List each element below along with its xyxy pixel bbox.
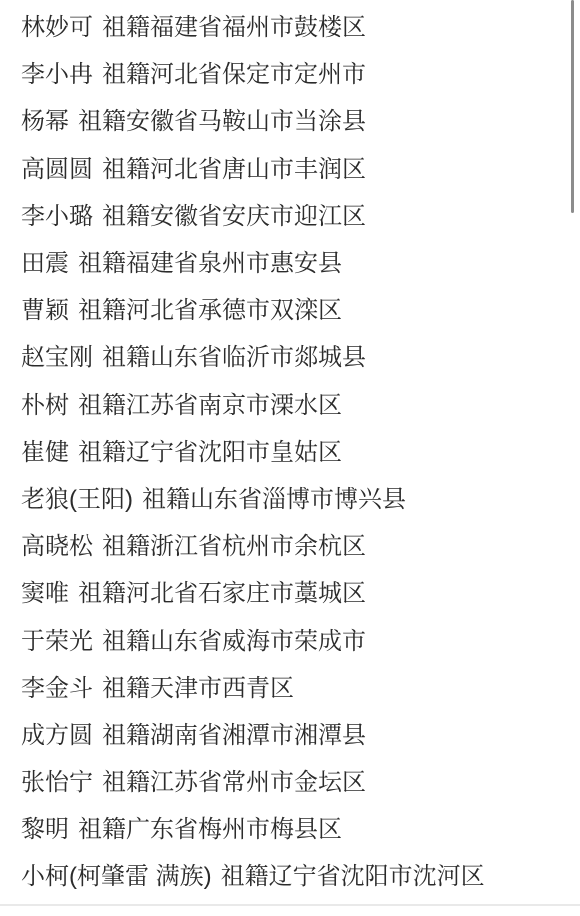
list-item: 曹颖 祖籍河北省承德市双滦区 <box>21 284 570 331</box>
person-name: 张怡宁 <box>21 762 93 797</box>
person-name: 黎明 <box>21 809 69 844</box>
ancestral-home: 祖籍山东省淄博市博兴县 <box>142 479 406 514</box>
person-name: 赵宝刚 <box>21 337 93 372</box>
ancestral-home: 祖籍江苏省南京市溧水区 <box>78 385 342 420</box>
list-item: 高圆圆 祖籍河北省唐山市丰润区 <box>21 143 570 190</box>
person-name: 李金斗 <box>21 668 93 703</box>
person-name: 曹颖 <box>21 290 69 325</box>
list-item: 田震 祖籍福建省泉州市惠安县 <box>21 237 570 284</box>
ancestral-home: 祖籍广东省梅州市梅县区 <box>78 809 342 844</box>
person-name: 高圆圆 <box>21 149 93 184</box>
person-name: 李小冉 <box>21 54 93 89</box>
list-item: 于荣光 祖籍山东省威海市荣成市 <box>21 614 570 661</box>
ancestral-home: 祖籍安徽省安庆市迎江区 <box>102 196 366 231</box>
list-item: 李金斗 祖籍天津市西青区 <box>21 662 570 709</box>
ancestral-home: 祖籍辽宁省沈阳市皇姑区 <box>78 432 342 467</box>
list-item: 李小璐 祖籍安徽省安庆市迎江区 <box>21 190 570 237</box>
person-name: 于荣光 <box>21 621 93 656</box>
list-item: 林妙可 祖籍福建省福州市鼓楼区 <box>21 1 570 48</box>
bottom-divider <box>0 904 580 906</box>
vertical-scrollbar[interactable] <box>571 0 574 213</box>
person-name: 李小璐 <box>21 196 93 231</box>
person-name: 窦唯 <box>21 573 69 608</box>
list-item: 崔健 祖籍辽宁省沈阳市皇姑区 <box>21 426 570 473</box>
person-name: 高晓松 <box>21 526 93 561</box>
person-name: 杨幂 <box>21 101 69 136</box>
list-item: 成方圆 祖籍湖南省湘潭市湘潭县 <box>21 709 570 756</box>
ancestral-home: 祖籍河北省保定市定州市 <box>102 54 366 89</box>
list-item: 老狼(王阳) 祖籍山东省淄博市博兴县 <box>21 473 570 520</box>
person-name: 老狼(王阳) <box>21 479 133 514</box>
ancestry-list-page: 林妙可 祖籍福建省福州市鼓楼区 李小冉 祖籍河北省保定市定州市 杨幂 祖籍安徽省… <box>0 0 580 916</box>
ancestral-home: 祖籍山东省威海市荣成市 <box>102 621 366 656</box>
ancestral-home: 祖籍湖南省湘潭市湘潭县 <box>102 715 366 750</box>
person-name: 崔健 <box>21 432 69 467</box>
person-name: 成方圆 <box>21 715 93 750</box>
celebrity-ancestry-list: 林妙可 祖籍福建省福州市鼓楼区 李小冉 祖籍河北省保定市定州市 杨幂 祖籍安徽省… <box>0 0 580 898</box>
ancestral-home: 祖籍福建省福州市鼓楼区 <box>102 7 366 42</box>
list-item: 窦唯 祖籍河北省石家庄市藁城区 <box>21 567 570 614</box>
ancestral-home: 祖籍天津市西青区 <box>102 668 294 703</box>
list-item: 小柯(柯肇雷 满族) 祖籍辽宁省沈阳市沈河区 <box>21 850 570 897</box>
list-item: 张怡宁 祖籍江苏省常州市金坛区 <box>21 756 570 803</box>
list-item: 朴树 祖籍江苏省南京市溧水区 <box>21 379 570 426</box>
ancestral-home: 祖籍河北省石家庄市藁城区 <box>78 573 366 608</box>
person-name: 林妙可 <box>21 7 93 42</box>
list-item: 李小冉 祖籍河北省保定市定州市 <box>21 48 570 95</box>
ancestral-home: 祖籍辽宁省沈阳市沈河区 <box>221 856 485 891</box>
person-name: 田震 <box>21 243 69 278</box>
list-item: 杨幂 祖籍安徽省马鞍山市当涂县 <box>21 95 570 142</box>
ancestral-home: 祖籍安徽省马鞍山市当涂县 <box>78 101 366 136</box>
ancestral-home: 祖籍山东省临沂市郯城县 <box>102 337 366 372</box>
person-name: 朴树 <box>21 385 69 420</box>
ancestral-home: 祖籍浙江省杭州市余杭区 <box>102 526 366 561</box>
list-item: 赵宝刚 祖籍山东省临沂市郯城县 <box>21 331 570 378</box>
list-item: 黎明 祖籍广东省梅州市梅县区 <box>21 803 570 850</box>
ancestral-home: 祖籍江苏省常州市金坛区 <box>102 762 366 797</box>
person-name: 小柯(柯肇雷 满族) <box>21 856 212 891</box>
ancestral-home: 祖籍福建省泉州市惠安县 <box>78 243 342 278</box>
list-item: 高晓松 祖籍浙江省杭州市余杭区 <box>21 520 570 567</box>
ancestral-home: 祖籍河北省承德市双滦区 <box>78 290 342 325</box>
ancestral-home: 祖籍河北省唐山市丰润区 <box>102 149 366 184</box>
